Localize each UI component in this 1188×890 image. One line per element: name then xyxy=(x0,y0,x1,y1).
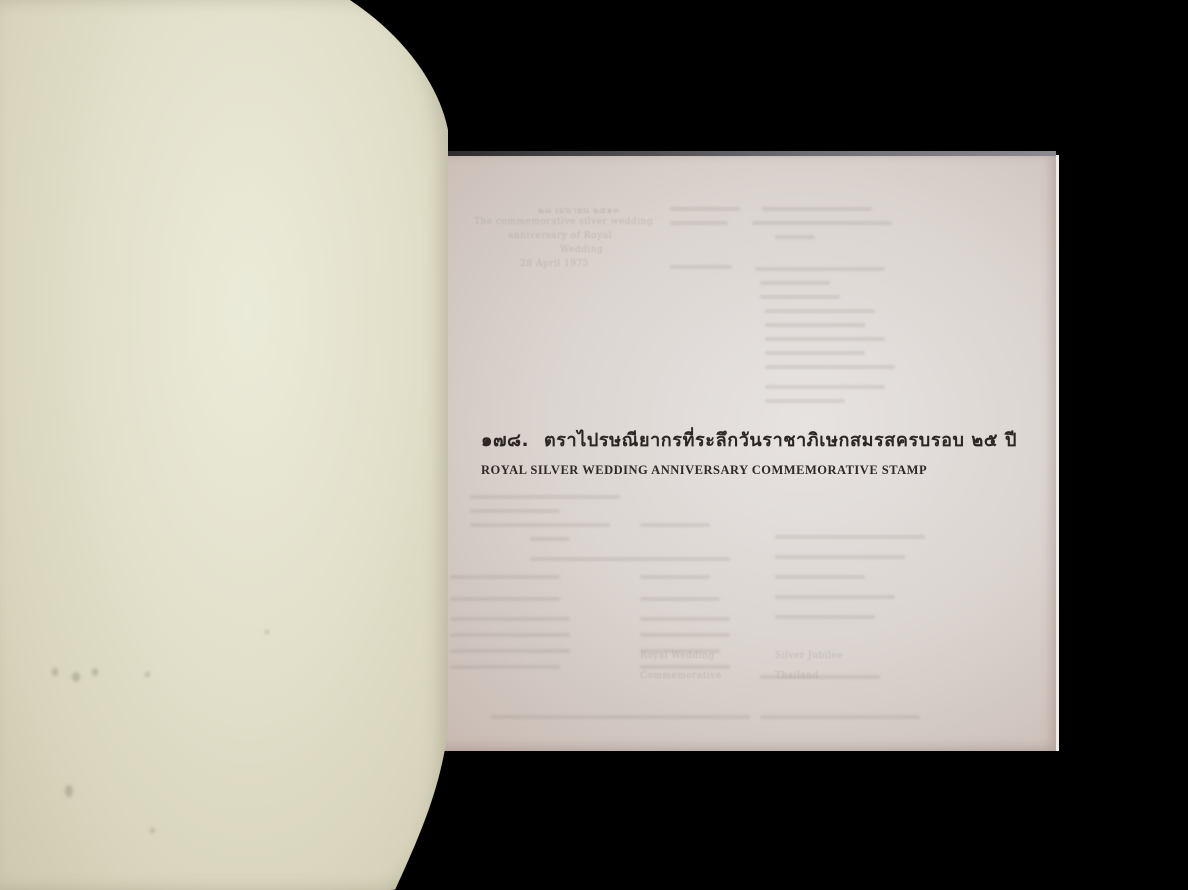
stain xyxy=(150,828,155,833)
show-through-text: Silver Jubilee xyxy=(775,651,843,661)
stain xyxy=(65,785,73,797)
book-photo: ๒๘ เมษายน ๒๕๑๓ The commemorative silver … xyxy=(0,0,1188,890)
show-through-text: ๒๘ เมษายน ๒๕๑๓ xyxy=(538,203,620,217)
stain xyxy=(92,668,98,676)
entry-title-thai: ๑๗๘. ตราไปรษณียากรที่ระลึกวันราชาภิเษกสม… xyxy=(481,425,1001,454)
page-edge xyxy=(1056,155,1059,751)
left-page-curled xyxy=(0,0,450,890)
stain xyxy=(265,630,269,634)
entry-title-english: ROYAL SILVER WEDDING ANNIVERSARY COMMEMO… xyxy=(481,463,1001,478)
show-through-text: Royal Wedding xyxy=(640,651,715,661)
show-through-text: 28 April 1975 xyxy=(520,259,589,269)
show-through-text: anniversary of Royal xyxy=(508,231,612,241)
entry-number: ๑๗๘. xyxy=(481,430,529,451)
show-through-text: Commemorative xyxy=(640,671,722,681)
title-thai-text: ตราไปรษณียากรที่ระลึกวันราชาภิเษกสมรสครบ… xyxy=(544,430,1017,451)
show-through-text: Wedding xyxy=(560,245,603,255)
show-through-text: The commemorative silver wedding xyxy=(474,217,653,227)
stain xyxy=(52,668,58,676)
stain xyxy=(72,672,80,682)
stain xyxy=(145,672,150,677)
show-through-text: Thailand xyxy=(775,671,819,681)
